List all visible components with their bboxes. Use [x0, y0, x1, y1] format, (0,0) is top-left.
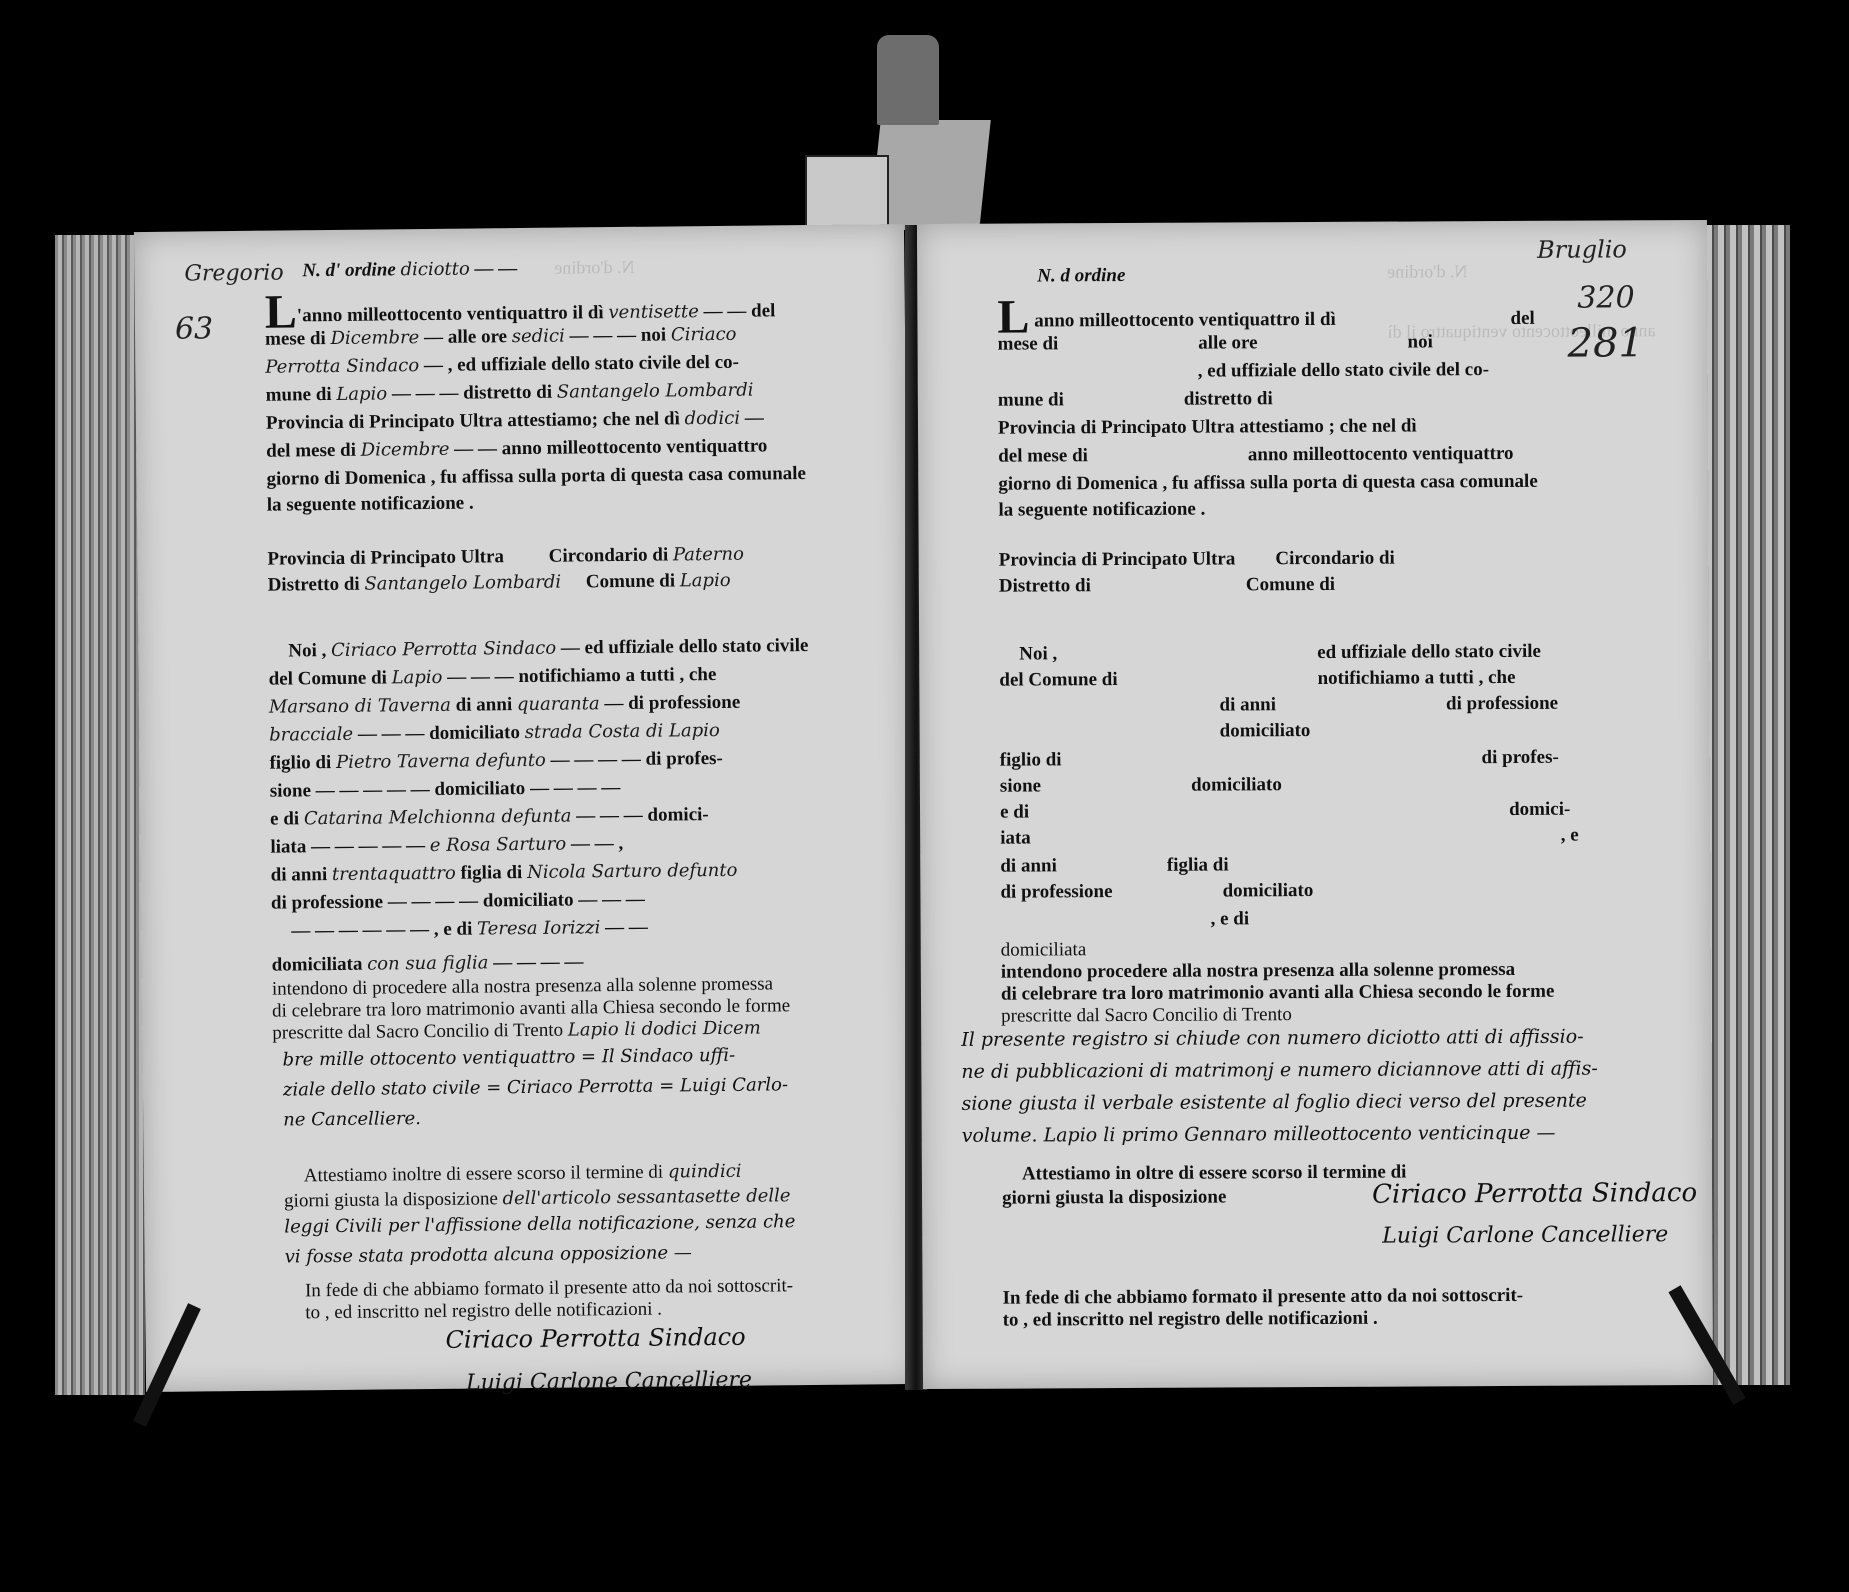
record-line: e di Catarina Melchionna defunta — — — d… — [270, 804, 709, 831]
record-line: intendono procedere alla nostra presenza… — [1001, 959, 1515, 984]
record-line: e didomici- — [1000, 799, 1570, 824]
record-line: giorno di Domenica , fu affissa sulla po… — [998, 471, 1538, 496]
record-line: Provincia di Principato Ultra attestiamo… — [266, 407, 764, 434]
record-line: Perrotta Sindaco — , ed uffiziale dello … — [265, 352, 739, 379]
record-line: del Comune di Lapio — — — notifichiamo a… — [269, 664, 717, 691]
record-line: la seguente notificazione . — [998, 499, 1205, 522]
left-page: N. d'ordine Ciriaco Perrotta Sindaco Gre… — [134, 224, 916, 1392]
record-line: sionedomiciliato — [1000, 774, 1282, 797]
signature-cancelliere: Luigi Carlone Cancelliere — [466, 1366, 752, 1399]
closing-annotation: Il presente registro si chiude con numer… — [961, 1021, 1598, 1152]
signature-sindaco: Ciriaco Perrotta Sindaco — [445, 1322, 745, 1355]
signature-sindaco: Ciriaco Perrotta Sindaco — [1372, 1178, 1697, 1210]
record-line: mune didistretto di — [998, 388, 1273, 411]
bleed-through-text: N. d'ordine — [554, 257, 634, 279]
record-line: del Comune dinotifichiamo a tutti , che — [999, 667, 1515, 692]
page-number: 63 — [175, 311, 214, 346]
record-line: di anni trentaquattro figlia di Nicola S… — [271, 860, 738, 887]
record-line: mese di Dicembre — alle ore sedici — — —… — [265, 324, 737, 351]
record-line: liata — — — — — e Rosa Sarturo — — , — [270, 833, 623, 859]
record-line: Noi , Ciriaco Perrotta Sindaco — ed uffi… — [288, 635, 808, 662]
page-stack-left — [55, 235, 145, 1395]
binding-spine-cap — [877, 35, 939, 125]
record-line: di annifiglia di — [1000, 854, 1228, 877]
record-line: Attestiamo in oltre di essere scorso il … — [1022, 1162, 1407, 1186]
record-line: mune di Lapio — — — distretto di Santang… — [266, 380, 754, 407]
record-line: del mese di Dicembre — — anno milleottoc… — [266, 435, 767, 462]
record-line: to , ed inscritto nel registro delle not… — [1003, 1308, 1378, 1332]
margin-note: Bruglio — [1537, 235, 1627, 263]
page-number: 281 — [1567, 320, 1644, 366]
right-page: N. d'ordine anno milleottocento ventiqua… — [917, 220, 1713, 1389]
record-line: figlio di Pietro Taverna defunto — — — —… — [269, 748, 723, 775]
record-line: , e di — [1211, 908, 1250, 930]
record-line: In fede di che abbiamo formato il presen… — [1003, 1285, 1524, 1310]
record-line: — — — — — — , e di Teresa Iorizzi — — — [291, 917, 648, 943]
order-number: N. d ordine — [1037, 265, 1125, 287]
bleed-through-text: N. d'ordine — [1387, 261, 1467, 282]
record-line: to , ed inscritto nel registro delle not… — [305, 1299, 662, 1325]
record-line: la seguente notificazione . — [267, 493, 474, 517]
record-line: domiciliata — [1001, 939, 1087, 961]
margin-note: Gregorio — [184, 260, 284, 286]
order-number: N. d' ordine diciotto — — — [302, 258, 517, 282]
record-line: Provincia di Principato Ultra attestiamo… — [998, 415, 1417, 439]
signature-cancelliere: Luigi Carlone Cancelliere — [1382, 1220, 1668, 1251]
record-line: bracciale — — — domiciliato strada Costa… — [269, 720, 720, 747]
record-line: giorni giusta la disposizione — [1002, 1186, 1226, 1209]
record-line: figlio didi profes- — [1000, 747, 1559, 772]
record-line: Provincia di Principato Ultra Circondari… — [267, 544, 744, 571]
record-line: domiciliata con sua figlia — — — — — [272, 951, 584, 976]
record-line: iata, e — [1000, 825, 1579, 850]
record-line: di celebrare tra loro matrimonio avanti … — [1001, 981, 1554, 1006]
record-line: sione — — — — — domiciliato — — — — — [270, 777, 621, 803]
record-line: domiciliato — [1220, 720, 1311, 742]
record-line: Attestiamo inoltre di essere scorso il t… — [304, 1161, 742, 1188]
handwritten-annotation: leggi Civili per l'affissione della noti… — [284, 1207, 796, 1272]
handwritten-annotation: bre mille ottocento ventiquattro = Il Si… — [282, 1040, 788, 1135]
record-line: Marsano di Taverna di anni quaranta — di… — [269, 692, 741, 719]
record-line: di annidi professione — [1219, 693, 1558, 717]
record-line: del mese dianno milleottocento ventiquat… — [998, 443, 1513, 468]
record-line: Distretto di Santangelo Lombardi Comune … — [268, 570, 731, 597]
record-line: Provincia di Principato UltraCircondario… — [999, 548, 1395, 572]
scanned-register: N. d'ordine Ciriaco Perrotta Sindaco Gre… — [0, 0, 1849, 1592]
record-line: mese dialle orenoi — [998, 331, 1433, 355]
record-line: giorno di Domenica , fu affissa sulla po… — [266, 463, 806, 491]
record-line: di professionedomiciliato — [1000, 880, 1313, 904]
record-line: Noi ,ed uffiziale dello stato civile — [1019, 641, 1541, 666]
record-line: di professione — — — — domiciliato — — — — [271, 889, 645, 915]
record-line: , ed uffiziale dello stato civile del co… — [1198, 359, 1489, 383]
page-number: 320 — [1577, 280, 1634, 315]
record-line: In fede di che abbiamo formato il presen… — [305, 1275, 793, 1302]
record-line: Distretto diComune di — [999, 574, 1335, 598]
